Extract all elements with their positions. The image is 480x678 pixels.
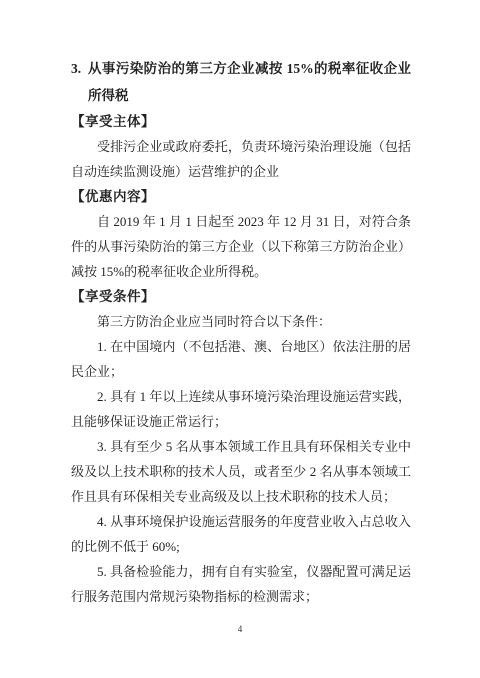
section-heading: 3. 从事污染防治的第三方企业减按 15%的税率征收企业所得税 bbox=[71, 55, 411, 109]
paragraph: 自 2019 年 1 月 1 日起至 2023 年 12 月 31 日，对符合条… bbox=[71, 209, 411, 284]
section-eligibility-conditions: 【享受条件】 第三方防治企业应当同时符合以下条件： 1. 在中国境内（不包括港、… bbox=[71, 284, 411, 609]
heading-number: 3. bbox=[71, 55, 88, 109]
section-label: 【享受主体】 bbox=[71, 109, 411, 134]
paragraph: 受排污企业或政府委托，负责环境污染治理设施（包括自动连续监测设施）运营维护的企业 bbox=[71, 134, 411, 184]
document-page: 3. 从事污染防治的第三方企业减按 15%的税率征收企业所得税 【享受主体】 受… bbox=[0, 0, 480, 678]
page-number: 4 bbox=[0, 624, 480, 634]
section-label: 【享受条件】 bbox=[71, 284, 411, 309]
section-label: 【优惠内容】 bbox=[71, 184, 411, 209]
condition-item: 4. 从事环境保护设施运营服务的年度营业收入占总收入的比例不低于 60%; bbox=[71, 509, 411, 559]
condition-item: 1. 在中国境内（不包括港、澳、台地区）依法注册的居民企业； bbox=[71, 334, 411, 384]
condition-item: 5. 具备检验能力，拥有自有实验室，仪器配置可满足运行服务范围内常规污染物指标的… bbox=[71, 559, 411, 609]
section-preferential-content: 【优惠内容】 自 2019 年 1 月 1 日起至 2023 年 12 月 31… bbox=[71, 184, 411, 284]
paragraph: 第三方防治企业应当同时符合以下条件： bbox=[71, 309, 411, 334]
condition-item: 2. 具有 1 年以上连续从事环境污染治理设施运营实践，且能够保证设施正常运行； bbox=[71, 384, 411, 434]
document-content: 3. 从事污染防治的第三方企业减按 15%的税率征收企业所得税 【享受主体】 受… bbox=[71, 55, 411, 609]
condition-item: 3. 具有至少 5 名从事本领域工作且具有环保相关专业中级及以上技术职称的技术人… bbox=[71, 434, 411, 509]
section-beneficiary: 【享受主体】 受排污企业或政府委托，负责环境污染治理设施（包括自动连续监测设施）… bbox=[71, 109, 411, 184]
heading-title: 从事污染防治的第三方企业减按 15%的税率征收企业所得税 bbox=[88, 55, 411, 109]
